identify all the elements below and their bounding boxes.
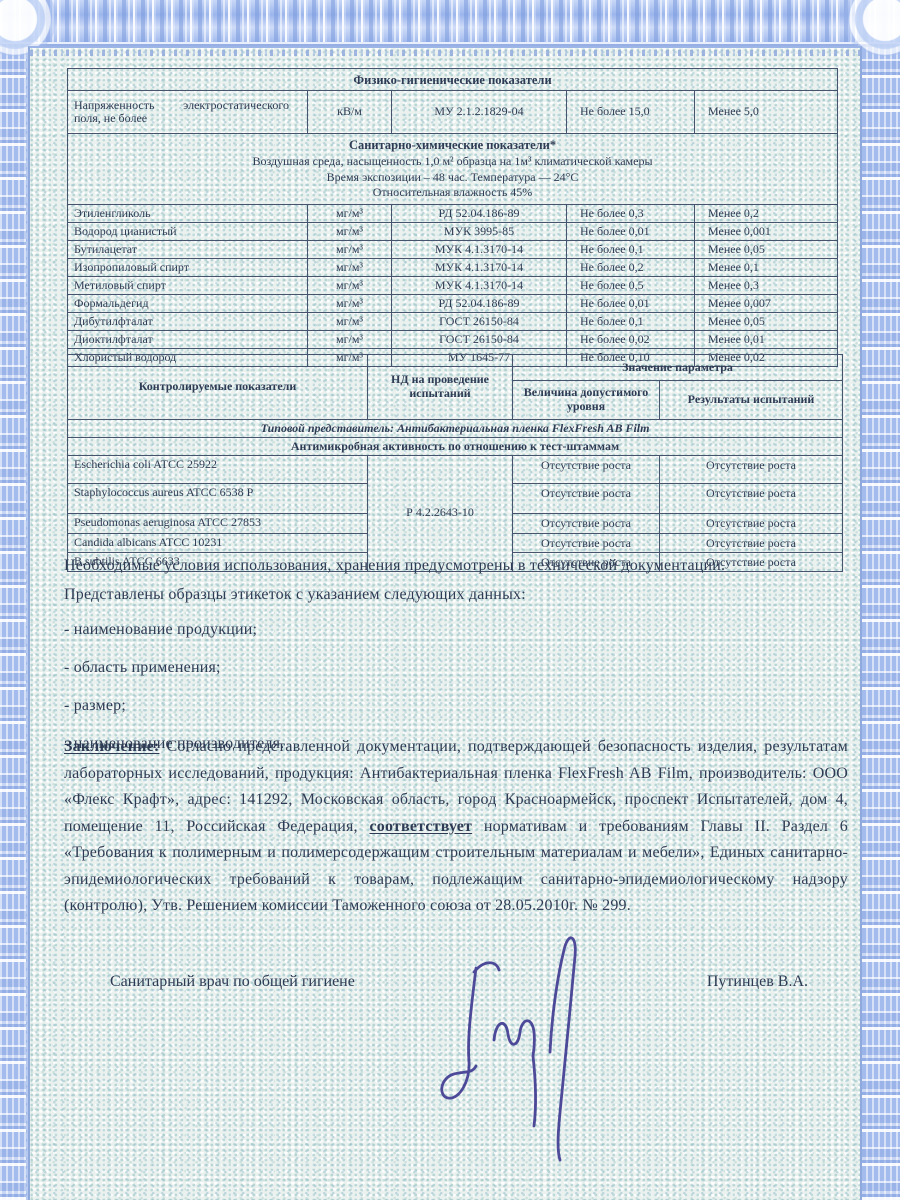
labels-paragraph: Представлены образцы этикеток с указание… — [64, 582, 846, 607]
indicator-unit: мг/м³ — [308, 277, 392, 295]
indicator-result: Менее 0,01 — [695, 331, 838, 349]
physico-hygienic-table: Физико-гигиенические показатели Напряжен… — [67, 68, 838, 367]
usage-conditions-paragraph: Необходимые условия использования, хране… — [64, 553, 846, 578]
antimicrobial-activity-row: Антимикробная активность по отношению к … — [68, 438, 843, 456]
table-row: Escherichia coli ATCC 25922 Р 4.2.2643-1… — [68, 456, 843, 484]
label-item: - размер; — [64, 693, 846, 718]
indicator-unit: мг/м³ — [308, 205, 392, 223]
indicator-unit: мг/м³ — [308, 331, 392, 349]
indicator-result: Менее 0,001 — [695, 223, 838, 241]
chemical-section-title: Санитарно-химические показатели* — [72, 137, 833, 153]
indicator-limit: Не более 0,2 — [567, 259, 695, 277]
col-header-indicators: Контролируемые показатели — [68, 355, 368, 420]
indicator-unit: мг/м³ — [308, 223, 392, 241]
indicator-method: МУК 4.1.3170-14 — [392, 241, 567, 259]
indicator-name: Диоктилфталат — [68, 331, 308, 349]
indicator-method: МУ 2.1.2.1829-04 — [392, 91, 567, 134]
strain-name: Escherichia coli ATCC 25922 — [68, 456, 368, 484]
indicator-name: Водород цианистый — [68, 223, 308, 241]
indicator-limit: Не более 0,5 — [567, 277, 695, 295]
table-row: Напряженность электростатического поля, … — [68, 91, 838, 134]
table-row: Бутилацетат мг/м³ МУК 4.1.3170-14 Не бол… — [68, 241, 838, 259]
indicator-limit: Не более 0,01 — [567, 223, 695, 241]
col-header-allowed-level: Величина допустимого уровня — [513, 381, 660, 420]
controlled-indicators-table: Контролируемые показатели НД на проведен… — [67, 354, 843, 572]
typical-representative-row: Типовой представитель: Антибактериальная… — [68, 420, 843, 438]
test-result: Отсутствие роста — [660, 514, 843, 534]
indicator-name: Напряженность электростатического поля, … — [68, 91, 308, 134]
indicator-limit: Не более 0,1 — [567, 313, 695, 331]
indicator-result: Менее 0,1 — [695, 259, 838, 277]
indicator-unit: мг/м³ — [308, 259, 392, 277]
indicator-name: Бутилацетат — [68, 241, 308, 259]
indicator-limit: Не более 0,1 — [567, 241, 695, 259]
indicator-name: Формальдегид — [68, 295, 308, 313]
table-row: Изопропиловый спирт мг/м³ МУК 4.1.3170-1… — [68, 259, 838, 277]
indicator-method: МУК 3995-85 — [392, 223, 567, 241]
test-result: Отсутствие роста — [660, 456, 843, 484]
indicator-limit: Не более 15,0 — [567, 91, 695, 134]
table1-title: Физико-гигиенические показатели — [68, 69, 838, 91]
indicator-unit: мг/м³ — [308, 241, 392, 259]
table-row: Диоктилфталат мг/м³ ГОСТ 26150-84 Не бол… — [68, 331, 838, 349]
label-item: - область применения; — [64, 655, 846, 680]
allowed-level: Отсутствие роста — [513, 534, 660, 553]
condition-line: Относительная влажность 45% — [72, 185, 833, 201]
strain-name: Pseudomonas aeruginosa ATCC 27853 — [68, 514, 368, 534]
indicator-method: МУК 4.1.3170-14 — [392, 277, 567, 295]
col-header-nd: НД на проведение испытаний — [368, 355, 513, 420]
condition-line: Время экспозиции – 48 час. Температура —… — [72, 170, 833, 186]
allowed-level: Отсутствие роста — [513, 456, 660, 484]
indicator-limit: Не более 0,01 — [567, 295, 695, 313]
indicator-result: Менее 0,05 — [695, 313, 838, 331]
conclusion-label: Заключение: — [64, 738, 159, 755]
conclusion-paragraph: Заключение: Согласно представленной доку… — [64, 734, 848, 920]
conclusion-complies-word: соответствует — [369, 818, 472, 835]
signatory-role: Санитарный врач по общей гигиене — [64, 973, 355, 991]
table-row: Водород цианистый мг/м³ МУК 3995-85 Не б… — [68, 223, 838, 241]
signature-scribble — [430, 916, 610, 1166]
col-header-test-results: Результаты испытаний — [660, 381, 843, 420]
indicator-limit: Не более 0,3 — [567, 205, 695, 223]
col-header-parameter-value: Значение параметра — [513, 355, 843, 381]
certificate-page: { "table1": { "title": "Физико-гигиениче… — [0, 0, 900, 1200]
indicator-result: Менее 0,3 — [695, 277, 838, 295]
top-border-ornament — [0, 0, 900, 44]
indicator-method: РД 52.04.186-89 — [392, 205, 567, 223]
strain-name: Candida albicans ATCC 10231 — [68, 534, 368, 553]
label-item: - наименование продукции; — [64, 617, 846, 642]
signature-row: Санитарный врач по общей гигиене Путинце… — [64, 973, 848, 991]
allowed-level: Отсутствие роста — [513, 514, 660, 534]
indicator-result: Менее 0,05 — [695, 241, 838, 259]
table-row: Этиленгликоль мг/м³ РД 52.04.186-89 Не б… — [68, 205, 838, 223]
table-row: Дибутилфталат мг/м³ ГОСТ 26150-84 Не бол… — [68, 313, 838, 331]
test-result: Отсутствие роста — [660, 484, 843, 514]
left-border-ornament — [0, 0, 26, 1200]
indicator-unit: кВ/м — [308, 91, 392, 134]
table-row: Формальдегид мг/м³ РД 52.04.186-89 Не бо… — [68, 295, 838, 313]
indicator-unit: мг/м³ — [308, 313, 392, 331]
indicator-method: ГОСТ 26150-84 — [392, 313, 567, 331]
indicator-name: Дибутилфталат — [68, 313, 308, 331]
document-body: Физико-гигиенические показатели Напряжен… — [28, 46, 862, 1200]
allowed-level: Отсутствие роста — [513, 484, 660, 514]
chemical-section-header: Санитарно-химические показатели* Воздушн… — [68, 134, 838, 205]
ornamental-chain-band — [30, 50, 860, 56]
indicator-name: Изопропиловый спирт — [68, 259, 308, 277]
right-border-ornament — [858, 0, 900, 1200]
indicator-result: Менее 0,007 — [695, 295, 838, 313]
indicator-method: ГОСТ 26150-84 — [392, 331, 567, 349]
indicator-result: Менее 5,0 — [695, 91, 838, 134]
strain-name: Staphylococcus aureus ATCC 6538 P — [68, 484, 368, 514]
signatory-name: Путинцев В.А. — [707, 973, 848, 991]
condition-line: Воздушная среда, насыщенность 1,0 м² обр… — [72, 154, 833, 170]
indicator-unit: мг/м³ — [308, 295, 392, 313]
indicator-name: Этиленгликоль — [68, 205, 308, 223]
indicator-method: РД 52.04.186-89 — [392, 295, 567, 313]
indicator-result: Менее 0,2 — [695, 205, 838, 223]
test-result: Отсутствие роста — [660, 534, 843, 553]
indicator-name: Метиловый спирт — [68, 277, 308, 295]
indicator-method: МУК 4.1.3170-14 — [392, 259, 567, 277]
indicator-limit: Не более 0,02 — [567, 331, 695, 349]
table-row: Метиловый спирт мг/м³ МУК 4.1.3170-14 Не… — [68, 277, 838, 295]
